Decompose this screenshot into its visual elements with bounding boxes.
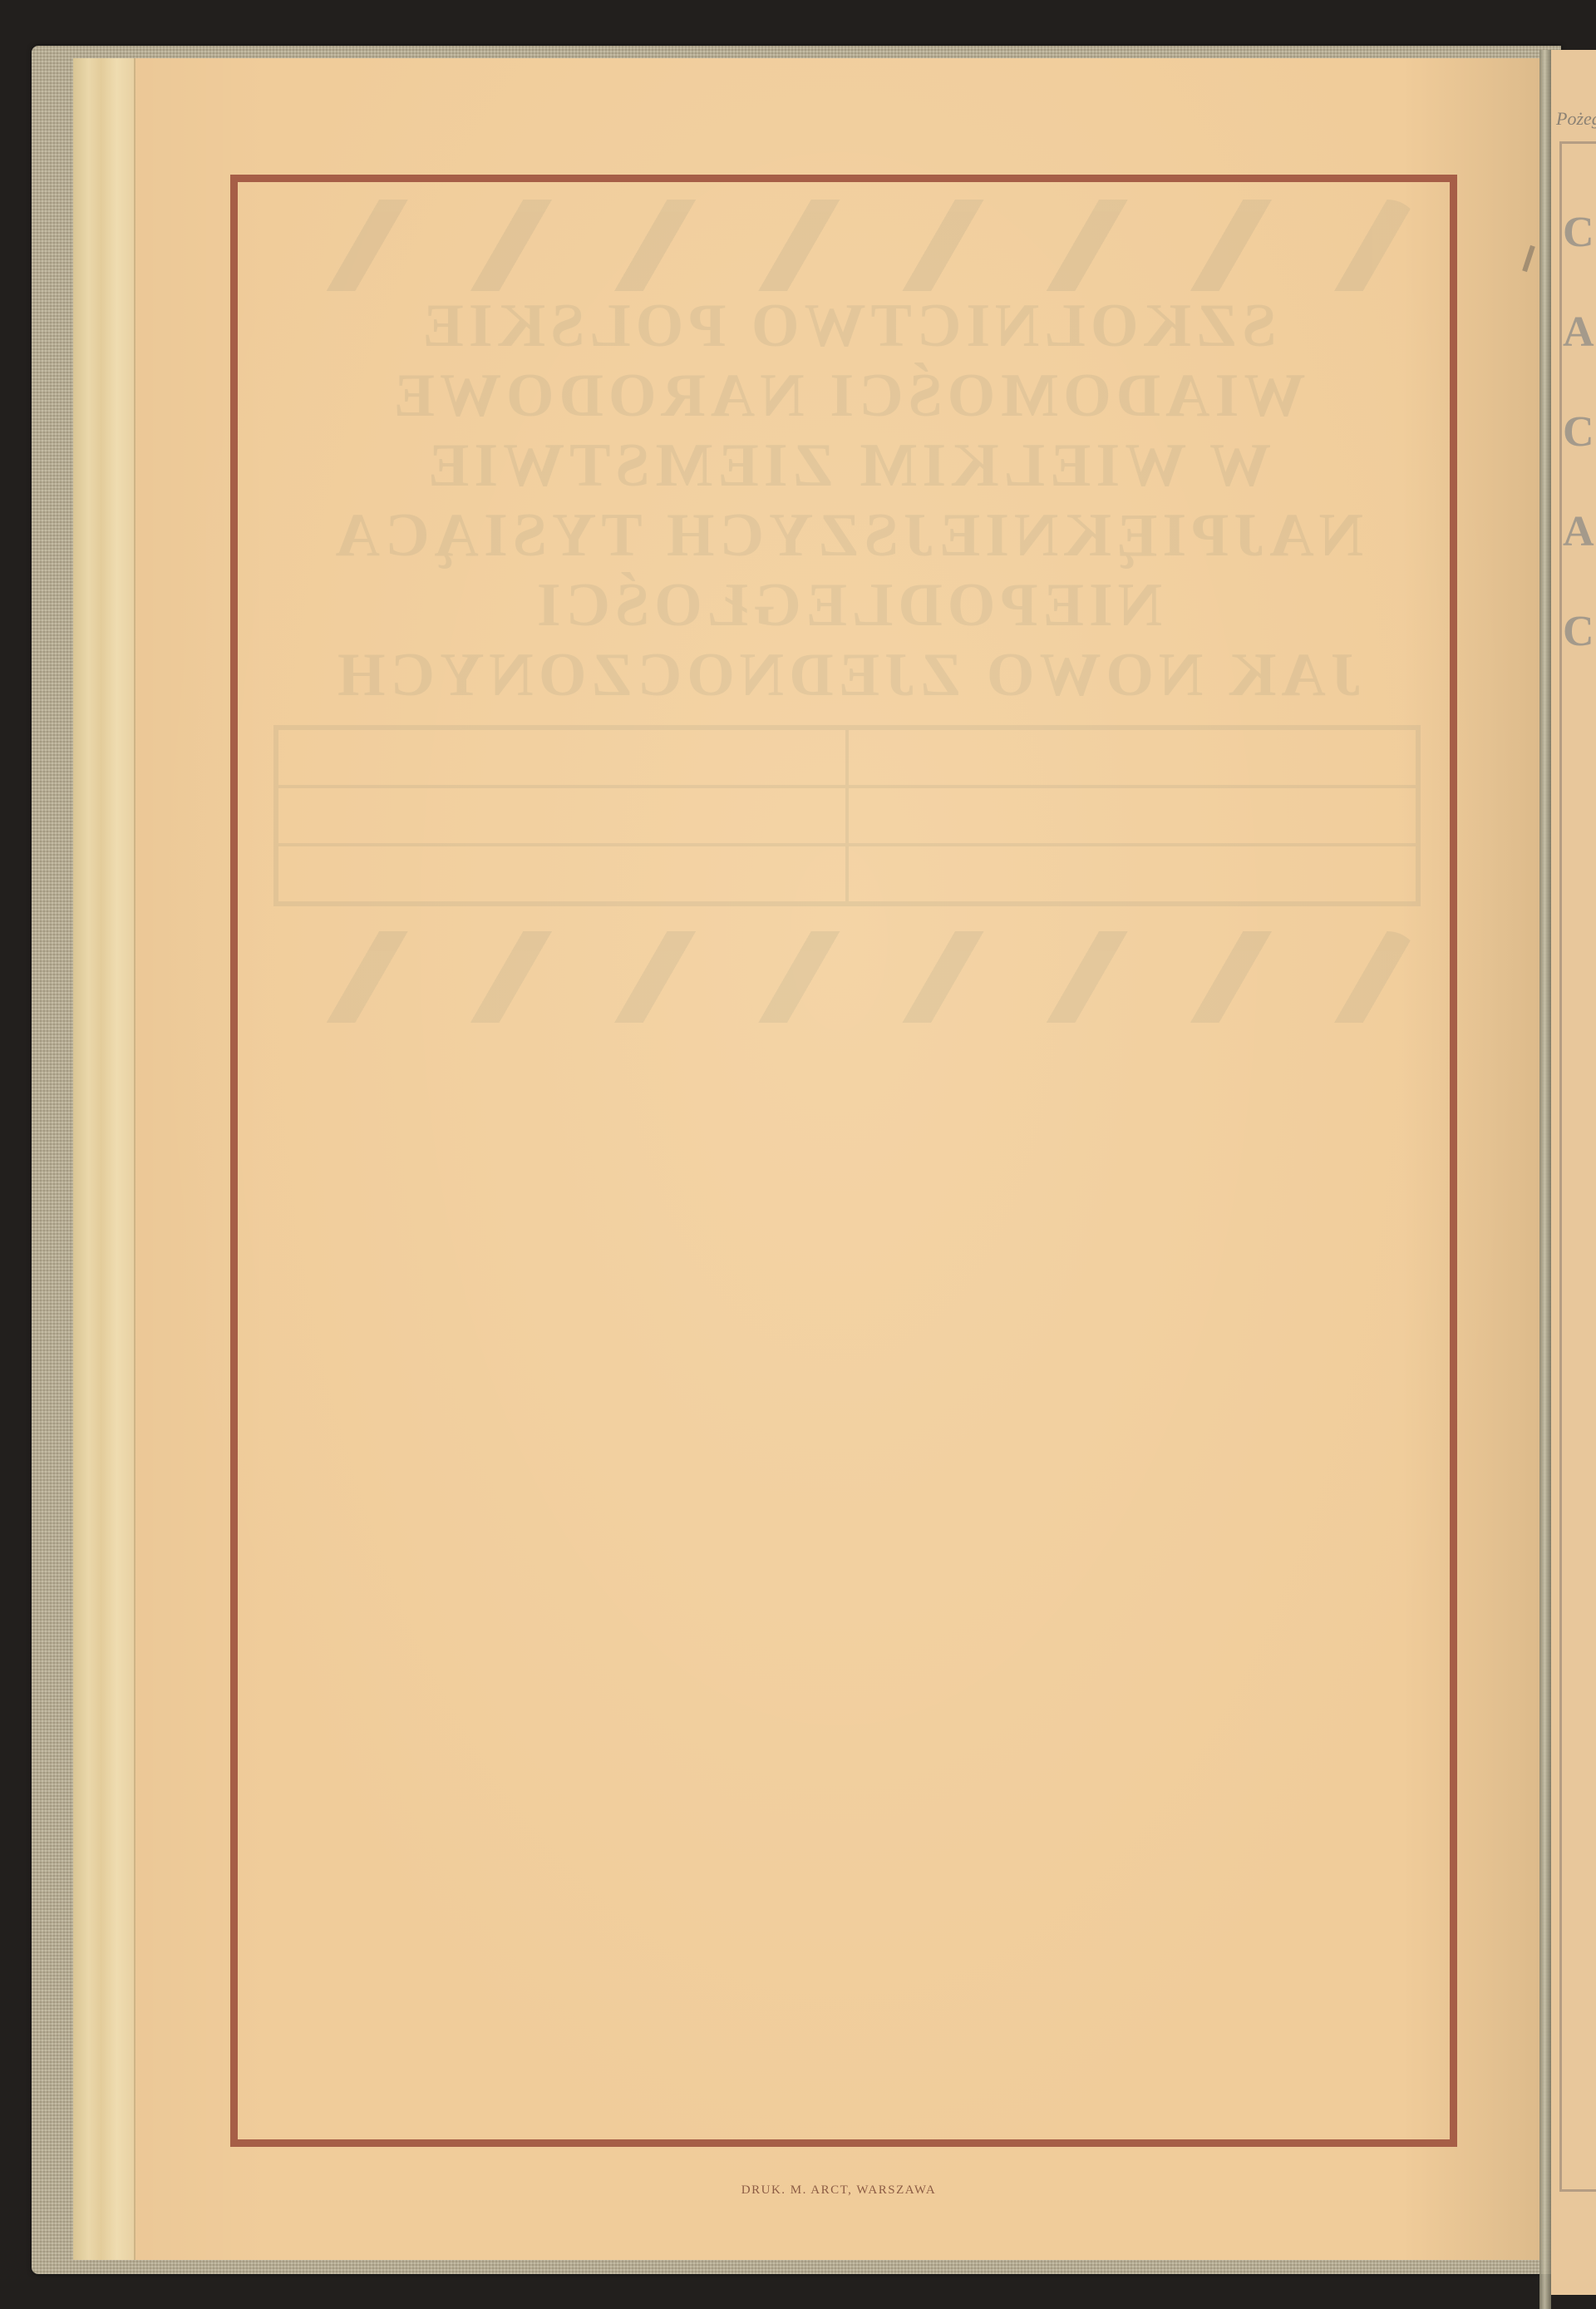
page-block-edges (73, 58, 135, 2260)
handwritten-signature: Pożegn. (1556, 108, 1596, 130)
letter-glyph: A (1563, 482, 1596, 582)
letter-glyph: C (1563, 582, 1596, 682)
adjacent-page-letters: C A C A C (1563, 183, 1596, 682)
printed-border-frame (230, 175, 1457, 2147)
letter-glyph: C (1563, 382, 1596, 482)
book-page: SZKOLNICTWO POLSKIE WIADOMOŚCI NARODOWE … (135, 58, 1542, 2260)
scanner-glass-edge (1539, 50, 1551, 2309)
printer-imprint: DRUK. M. ARCT, WARSZAWA (135, 2183, 1542, 2198)
letter-glyph: C (1563, 183, 1596, 283)
adjacent-page-edge: Pożegn. C A C A C (1551, 50, 1596, 2295)
letter-glyph: A (1563, 283, 1596, 382)
